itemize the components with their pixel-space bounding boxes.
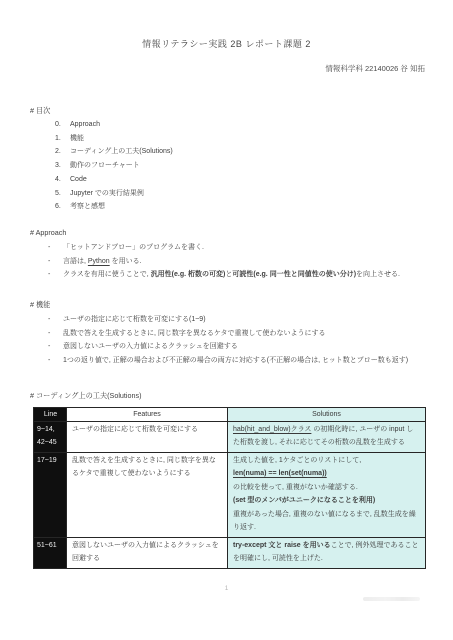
- list-item: - 意図しないユーザの入力値によるクラッシュを回避する: [0, 340, 453, 354]
- approach-section: # Approach - 「ヒットアンドブロー」のプログラムを書く. - 言語は…: [0, 226, 453, 282]
- page-number: 1: [0, 585, 453, 592]
- list-item: - 乱数で答えを生成するときに, 同じ数字を異なるケタで重複して使わないようにす…: [0, 327, 453, 341]
- toc-item-label: Code: [70, 173, 87, 187]
- toc-item-number: 1.: [55, 132, 70, 146]
- toc-item-number: 2.: [55, 145, 70, 159]
- dash-bullet-icon: -: [48, 340, 63, 354]
- text-run: クラスを有用に使うことで,: [63, 271, 151, 278]
- table-row: 9~14, 42~45 ユーザの指定に応じて桁数を可変にする hab(hit_a…: [34, 421, 426, 452]
- toc-item-label: 機能: [70, 132, 84, 146]
- toc-item-solutions: 2. コーディング上の工夫(Solutions): [55, 145, 453, 159]
- line-cell: 9~14, 42~45: [34, 421, 67, 452]
- toc-item-code: 4. Code: [55, 173, 453, 187]
- dash-bullet-icon: -: [48, 354, 63, 368]
- solution-cell: 生成した値を, 1ケタごとのリストにして, len(numa) == len(s…: [228, 452, 426, 537]
- toc-item-label: Jupyter での実行結果例: [70, 187, 144, 201]
- toc-item-number: 3.: [55, 159, 70, 173]
- text-run: を用いる.: [110, 258, 142, 265]
- solution-cell: hab(hit_and_blow)クラス の初期化時に, ユーザの input …: [228, 421, 426, 452]
- line-cell: 51~61: [34, 537, 67, 568]
- dash-bullet-icon: -: [48, 268, 63, 282]
- column-header-solutions: Solutions: [228, 407, 426, 421]
- text-run: の比較を使って, 重複がないか確認する.: [233, 481, 420, 495]
- list-item: - クラスを有用に使うことで, 汎用性(e.g. 桁数の可変)と可読性(e.g.…: [0, 268, 453, 282]
- toc-item-jupyter: 5. Jupyter での実行結果例: [55, 187, 453, 201]
- dash-bullet-icon: -: [48, 327, 63, 341]
- bullet-text: 意図しないユーザの入力値によるクラッシュを回避する: [63, 340, 425, 354]
- toc-item-label: 考察と感想: [70, 200, 105, 214]
- bold-term: 汎用性(e.g. 桁数の可変): [151, 271, 226, 278]
- author-line: 情報科学科 22140026 谷 知拓: [0, 63, 425, 74]
- toc-item-label: 動作のフローチャート: [70, 159, 140, 173]
- toc-list: 0. Approach 1. 機能 2. コーディング上の工夫(Solution…: [0, 118, 453, 214]
- bold-term: (set 型のメンバがユニークになることを利用): [233, 494, 420, 508]
- features-heading: # 機能: [30, 298, 453, 311]
- table-header-row: Line Features Solutions: [34, 407, 426, 421]
- code-expression: len(numa) == len(set(numa)): [233, 467, 420, 481]
- features-section: # 機能 - ユーザの指定に応じて桁数を可変にする(1~9) - 乱数で答えを生…: [0, 298, 453, 368]
- bullet-text: 「ヒットアンドブロー」のプログラムを書く.: [63, 241, 425, 255]
- toc-item-kousatsu: 6. 考察と感想: [55, 200, 453, 214]
- bullet-text: クラスを有用に使うことで, 汎用性(e.g. 桁数の可変)と可読性(e.g. 同…: [63, 268, 425, 282]
- toc-item-number: 5.: [55, 187, 70, 201]
- bold-term: 可読性(e.g. 同一性と同値性の使い分け): [232, 271, 356, 278]
- column-header-features: Features: [67, 407, 228, 421]
- bullet-text: 乱数で答えを生成するときに, 同じ数字を異なるケタで重複して使わないようにする: [63, 327, 425, 341]
- feature-cell: ユーザの指定に応じて桁数を可変にする: [67, 421, 228, 452]
- toc-item-kinou: 1. 機能: [55, 132, 453, 146]
- bullet-text: ユーザの指定に応じて桁数を可変にする(1~9): [63, 313, 425, 327]
- toc-item-flowchart: 3. 動作のフローチャート: [55, 159, 453, 173]
- toc-item-label: Approach: [70, 118, 100, 132]
- bold-term: try-except 文と raise を用いる: [233, 542, 331, 549]
- text-run: 生成した値を, 1ケタごとのリストにして,: [233, 454, 420, 468]
- solutions-table: Line Features Solutions 9~14, 42~45 ユーザの…: [33, 407, 426, 569]
- page-title: 情報リテラシー実践 2B レポート課題 2: [0, 37, 453, 50]
- toc-item-label: コーディング上の工夫(Solutions): [70, 145, 173, 159]
- solution-cell: try-except 文と raise を用いることで, 例外処理であることを明…: [228, 537, 426, 568]
- list-item: - ユーザの指定に応じて桁数を可変にする(1~9): [0, 313, 453, 327]
- bullet-text: 言語は, Python を用いる.: [63, 255, 425, 269]
- solutions-heading: # コーディング上の工夫(Solutions): [30, 389, 453, 402]
- toc-item-number: 0.: [55, 118, 70, 132]
- solutions-section: # コーディング上の工夫(Solutions) Line Features So…: [0, 389, 453, 569]
- bullet-text: 1つの返り値で, 正解の場合および不正解の場合の両方に対応する(不正解の場合は,…: [63, 354, 425, 368]
- toc-item-number: 6.: [55, 200, 70, 214]
- feature-cell: 乱数で答えを生成するときに, 同じ数字を異なるケタで重複して使わないようにする: [67, 452, 228, 537]
- underlined-term: Python: [88, 258, 110, 265]
- toc-section: # 目次 0. Approach 1. 機能 2. コーディング上の工夫(Sol…: [0, 104, 453, 214]
- dash-bullet-icon: -: [48, 313, 63, 327]
- approach-bullets: - 「ヒットアンドブロー」のプログラムを書く. - 言語は, Python を用…: [0, 241, 453, 282]
- text-run: 言語は,: [63, 258, 88, 265]
- toc-heading: # 目次: [30, 104, 453, 117]
- column-header-line: Line: [34, 407, 67, 421]
- toc-item-number: 4.: [55, 173, 70, 187]
- faint-watermark: [363, 597, 420, 601]
- table-row: 17~19 乱数で答えを生成するときに, 同じ数字を異なるケタで重複して使わない…: [34, 452, 426, 537]
- dash-bullet-icon: -: [48, 241, 63, 255]
- list-item: - 1つの返り値で, 正解の場合および不正解の場合の両方に対応する(不正解の場合…: [0, 354, 453, 368]
- text-run: 重複があった場合, 重複のない値になるまで, 乱数生成を繰り返す.: [233, 508, 420, 535]
- list-item: - 言語は, Python を用いる.: [0, 255, 453, 269]
- table-row: 51~61 意図しないユーザの入力値によるクラッシュを回避する try-exce…: [34, 537, 426, 568]
- approach-heading: # Approach: [30, 226, 453, 239]
- dash-bullet-icon: -: [48, 255, 63, 269]
- toc-item-approach: 0. Approach: [55, 118, 453, 132]
- features-bullets: - ユーザの指定に応じて桁数を可変にする(1~9) - 乱数で答えを生成するとき…: [0, 313, 453, 368]
- text-run: を向上させる.: [356, 271, 400, 278]
- report-page: 情報リテラシー実践 2B レポート課題 2 情報科学科 22140026 谷 知…: [0, 0, 453, 640]
- underlined-term: hab(hit_and_blow)クラス: [233, 426, 311, 433]
- line-cell: 17~19: [34, 452, 67, 537]
- feature-cell: 意図しないユーザの入力値によるクラッシュを回避する: [67, 537, 228, 568]
- list-item: - 「ヒットアンドブロー」のプログラムを書く.: [0, 241, 453, 255]
